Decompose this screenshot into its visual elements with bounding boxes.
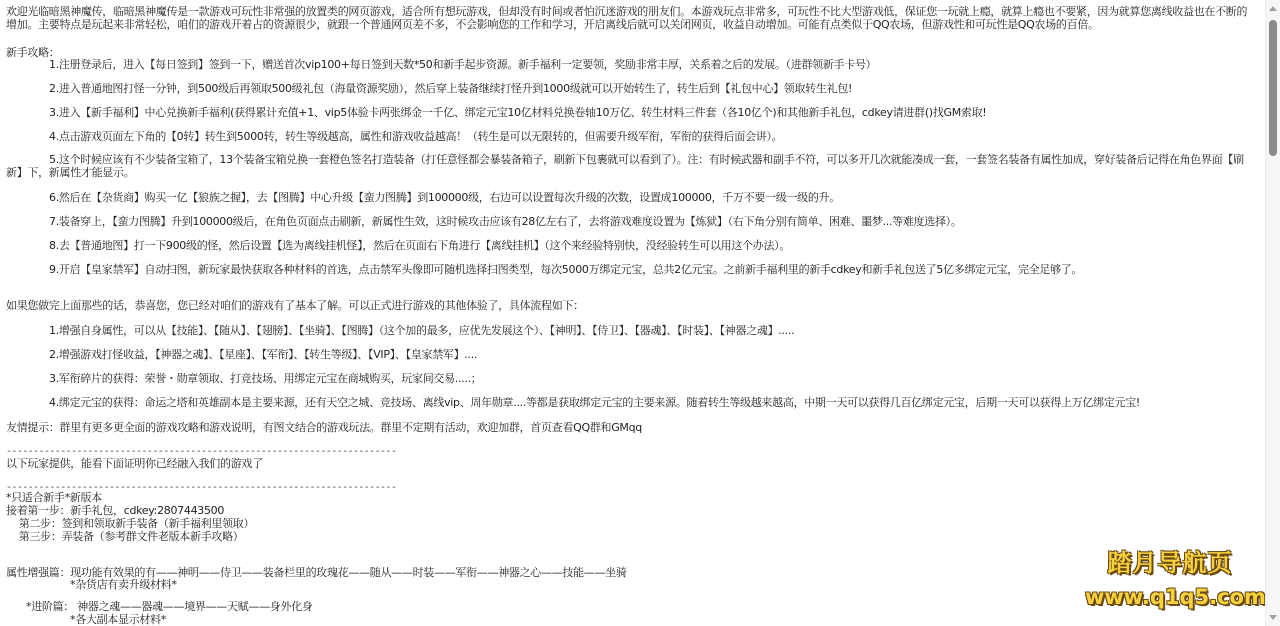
vertical-scrollbar[interactable]: [1265, 0, 1280, 626]
advanced-stage-note: *各大副本显示材料*: [70, 613, 166, 626]
advanced-item-3: 3.军衔碎片的获得：荣誉・勋章领取、打竞技场、用绑定元宝在商城购买，玩家间交易.…: [49, 372, 481, 385]
player-line-1: *只适合新手*新版本: [6, 491, 102, 504]
advanced-item-2: 2.增强游戏打怪收益，【神器之魂】、【星座】、【军衔】、【转生等级】、【VIP】…: [49, 348, 477, 361]
advanced-heading: 如果您做完上面那些的话，恭喜您，您已经对咱们的游戏有了基本了解。可以正式进行游戏…: [6, 299, 584, 312]
intro-paragraph: 欢迎光临暗黑神魔传，临暗黑神魔传是一款游戏可玩性非常强的放置类的网页游戏，适合所…: [6, 5, 1256, 31]
guide-item-4: 4.点击游戏页面左下角的【0转】转生到5000转，转生等级越高，属性和游戏收益越…: [49, 130, 782, 143]
guide-item-7: 7.装备穿上，【蛮力图腾】升到100000级后，在角色页面点击刷新，新属性生效，…: [49, 215, 962, 228]
scrollbar-thumb[interactable]: [1269, 20, 1277, 156]
player-line-3: 第二步：签到和领取新手装备（新手福利里领取）: [6, 517, 254, 530]
attribute-enhance-note: *杂货店有卖升级材料*: [70, 578, 177, 591]
guide-item-9: 9.开启【皇家禁军】自动扫图，新玩家最快获取各种材料的首选，点击禁军头像即可随机…: [49, 263, 1082, 276]
player-line-4: 第三步：弄装备（参考群文件老版本新手攻略）: [6, 530, 244, 543]
advanced-item-1: 1.增强自身属性，可以从【技能】、【随从】、【翅膀】、【坐骑】、【图腾】（这个加…: [49, 324, 794, 337]
scroll-up-arrow-icon[interactable]: [1269, 6, 1277, 11]
scroll-down-arrow-icon[interactable]: [1269, 615, 1277, 620]
player-section-intro: 以下玩家提供，能看下面证明你已经融入我们的游戏了: [6, 457, 263, 470]
site-watermark: 踏月导航页 www.q1q5.com: [1085, 548, 1255, 612]
advanced-stage-line: *进阶篇： 神器之魂——器魂——境界——天赋——身外化身: [26, 600, 313, 613]
advanced-item-4: 4.绑定元宝的获得：命运之塔和英雄副本是主要来源，还有天空之城、竞技场、离线vi…: [49, 396, 1140, 409]
guide-item-3: 3.进入【新手福利】中心兑换新手福利(获得累计充值+1、vip5体验卡两张绑金一…: [49, 106, 986, 119]
guide-item-1: 1.注册登录后，进入【每日签到】签到一下，赠送首次vip100+每日签到天数*5…: [49, 58, 876, 71]
guide-item-2: 2.进入普通地图打怪一分钟，到500级后再领取500级礼包（海量资源奖励），然后…: [49, 82, 852, 95]
document-body: 欢迎光临暗黑神魔传，临暗黑神魔传是一款游戏可玩性非常强的放置类的网页游戏，适合所…: [0, 0, 1266, 626]
watermark-title: 踏月导航页: [1085, 548, 1255, 578]
friendly-tip: 友情提示：群里有更多更全面的游戏攻略和游戏说明，有图文结合的游戏玩法。群里不定期…: [6, 421, 642, 434]
player-line-2: 接着第一步：新手礼包，cdkey:2807443500: [6, 504, 224, 517]
watermark-url: www.q1q5.com: [1085, 582, 1255, 612]
guide-item-6: 6.然后在【杂货商】购买一亿【狼族之握】，去【图腾】中心升级【蛮力图腾】到100…: [49, 191, 840, 204]
guide-item-8: 8.去【普通地图】打一下900级的怪，然后设置【选为离线挂机怪】，然后在页面右下…: [49, 239, 790, 252]
guide-item-5: 5.这个时候应该有不少装备宝箱了，13个装备宝箱兑换一套橙色签名打造装备（打任意…: [6, 153, 1256, 179]
